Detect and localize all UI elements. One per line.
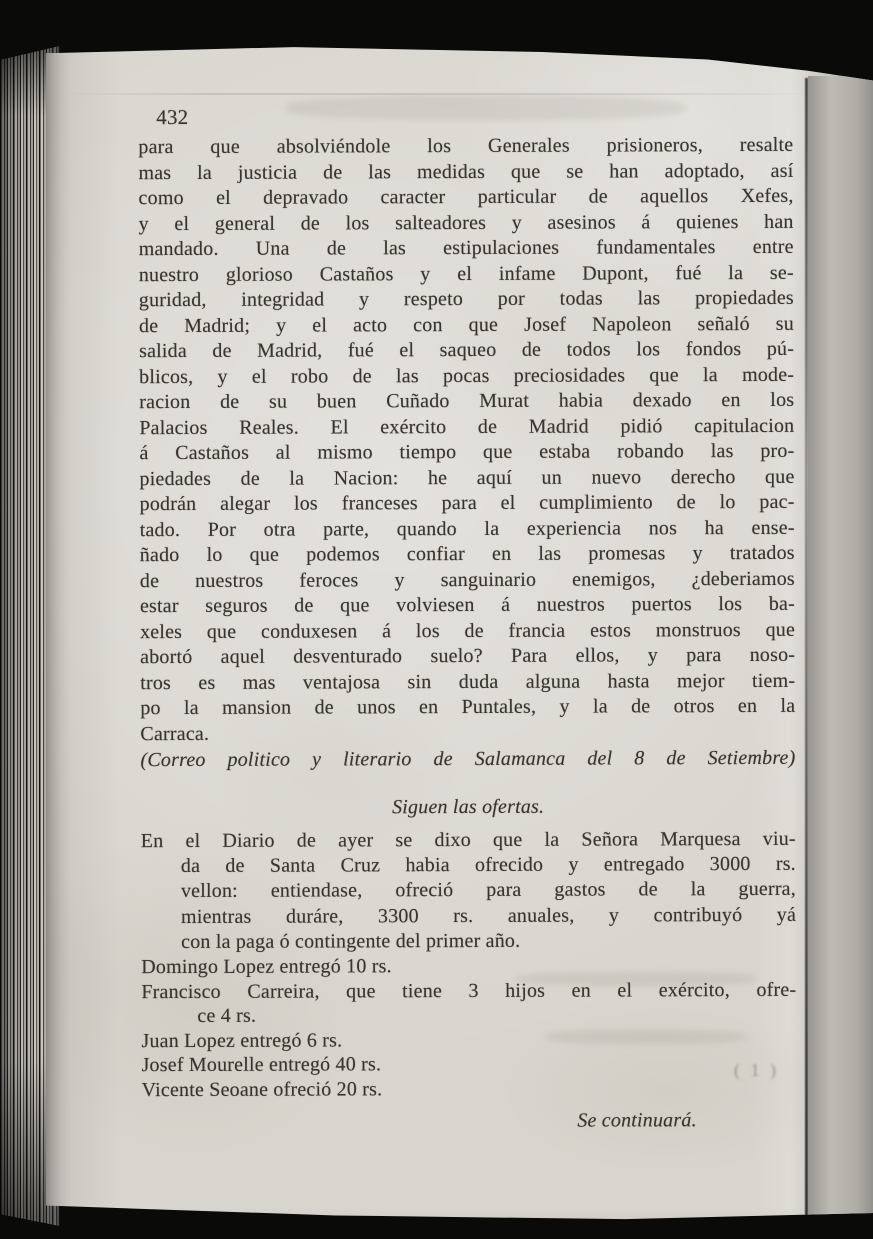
text-column: 432 para que absolviéndole los Generales… <box>138 103 797 1135</box>
text-line: mas la justicia de las medidas que se ha… <box>138 158 793 186</box>
text-line: da de Santa Cruz habia ofrecido y entreg… <box>141 852 796 879</box>
text-line: Josef Mourelle entregó 40 rs. <box>142 1051 797 1078</box>
text-line: racion de su buen Cuñado Murat habia dex… <box>139 388 794 416</box>
text-line: para que absolviéndole los Generales pri… <box>138 133 793 161</box>
text-line: Francisco Carreira, que tiene 3 hijos en… <box>141 977 796 1004</box>
section-heading: Siguen las ofertas. <box>141 793 796 821</box>
text-line: abortó aquel desventurado suelo? Para el… <box>140 643 795 671</box>
offers-paragraph-first-line: En el Diario de ayer se dixo que la Seño… <box>141 827 796 854</box>
text-line: Vicente Seoane ofreció 20 rs. <box>142 1076 797 1103</box>
text-line: como el depravado caracter particular de… <box>138 184 793 212</box>
text-line: tado. Por otra parte, quando la experien… <box>140 515 795 543</box>
source-citation: (Correo politico y literario de Salamanc… <box>140 745 795 773</box>
text-line: de Madrid; y el acto con que Josef Napol… <box>139 311 794 339</box>
text-line: xeles que conduxesen á los de francia es… <box>140 617 795 645</box>
offers-paragraph-last-line: con la paga ó contingente del primer año… <box>141 928 796 955</box>
text-line: salida de Madrid, fué el saqueo de todos… <box>139 337 794 365</box>
scanned-book-page: ( 1 ) 432 para que absolviéndole los Gen… <box>0 0 873 1239</box>
page: ( 1 ) 432 para que absolviéndole los Gen… <box>46 0 873 1239</box>
adjacent-page-edge <box>808 76 873 1216</box>
offer-entries-list: Domingo Lopez entregó 10 rs.Francisco Ca… <box>141 953 797 1103</box>
text-line: y el general de los salteadores y asesin… <box>139 209 794 237</box>
offers-paragraph: da de Santa Cruz habia ofrecido y entreg… <box>141 852 796 930</box>
text-line: estar seguros de que volviesen á nuestro… <box>140 592 795 620</box>
paragraph-main: para que absolviéndole los Generales pri… <box>138 133 795 722</box>
text-line: guridad, integridad y respeto por todas … <box>139 286 794 314</box>
paper-crease <box>60 93 820 95</box>
text-line: blicos, y el robo de las pocas preciosid… <box>139 362 794 390</box>
text-line: piedades de la Nacion: he aquí un nuevo … <box>139 464 794 492</box>
text-line: nuestro glorioso Castaños y el infame Du… <box>139 260 794 288</box>
paragraph-last-line: Carraca. <box>140 719 795 747</box>
text-line: tros es mas ventajosa sin duda alguna ha… <box>140 668 795 696</box>
text-line: á Castaños al mismo tiempo que estaba ro… <box>139 439 794 467</box>
text-line: Juan Lopez entregó 6 rs. <box>141 1027 796 1054</box>
text-line: Domingo Lopez entregó 10 rs. <box>141 953 796 980</box>
text-line: vellon: entiendase, ofreció para gastos … <box>141 877 796 904</box>
text-line: mandado. Una de las estipulaciones funda… <box>139 235 794 263</box>
text-line: de nuestros feroces y sanguinario enemig… <box>140 566 795 594</box>
page-number: 432 <box>138 103 793 135</box>
text-line: mientras duráre, 3300 rs. anuales, y con… <box>141 902 796 929</box>
continuation-note: Se continuará. <box>142 1106 797 1134</box>
text-line: ce 4 rs. <box>141 1002 796 1029</box>
text-line: ñado lo que podemos confiar en las prome… <box>140 541 795 569</box>
text-line: podrán alegar los franceses para el cump… <box>140 490 795 518</box>
text-line: po la mansion de unos en Puntales, y la … <box>140 694 795 722</box>
text-line: Palacios Reales. El exército de Madrid p… <box>139 413 794 441</box>
